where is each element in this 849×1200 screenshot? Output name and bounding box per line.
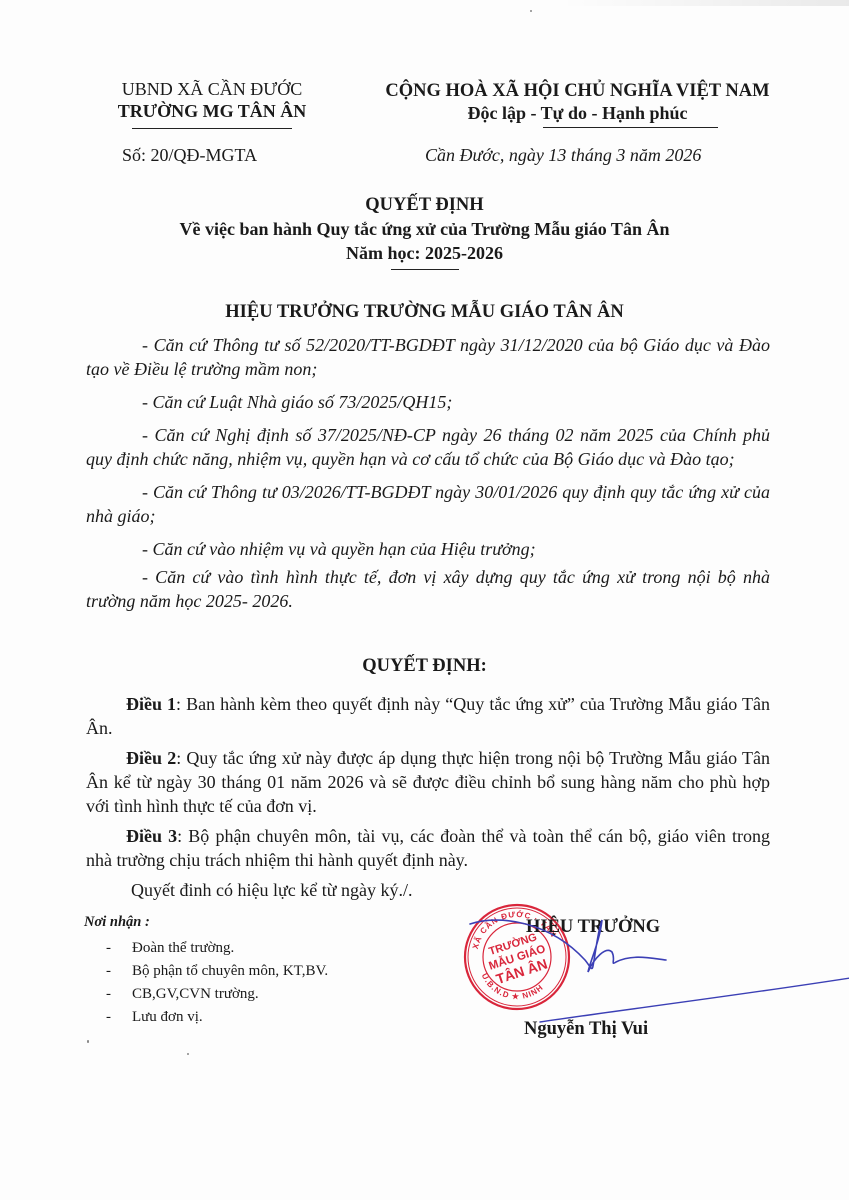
national-header-block: CỘNG HOÀ XÃ HỘI CHỦ NGHĨA VIỆT NAM Độc l… bbox=[365, 80, 790, 128]
signer-role: HIỆU TRƯỞNG bbox=[526, 917, 660, 938]
legal-basis-item: - Căn cứ Luật Nhà giáo số 73/2025/QH15; bbox=[86, 390, 770, 414]
signer-name: Nguyễn Thị Vui bbox=[524, 1019, 648, 1040]
header-left-divider bbox=[132, 128, 292, 129]
document-type-heading: QUYẾT ĐỊNH bbox=[0, 193, 849, 217]
article-3: Điều 3: Bộ phận chuyên môn, tài vụ, các … bbox=[86, 824, 770, 872]
article-2: Điều 2: Quy tắc ứng xử này được áp dụng … bbox=[86, 746, 770, 818]
bullet-dash: - bbox=[106, 937, 111, 960]
recipient-item: -Lưu đơn vị. bbox=[84, 1006, 414, 1029]
article-text: : Quy tắc ứng xử này được áp dụng thực h… bbox=[86, 748, 770, 816]
scan-speck bbox=[187, 1053, 189, 1055]
legal-basis-list: - Căn cứ Thông tư số 52/2020/TT-BGDĐT ng… bbox=[86, 333, 770, 622]
article-1: Điều 1: Ban hành kèm theo quyết định này… bbox=[86, 692, 770, 740]
recipient-item: -CB,GV,CVN trường. bbox=[84, 983, 414, 1006]
decision-heading: QUYẾT ĐỊNH: bbox=[0, 656, 849, 677]
scan-speck bbox=[530, 10, 532, 12]
recipient-text: Bộ phận tổ chuyên môn, KT,BV. bbox=[132, 963, 328, 979]
article-label: Điều 2 bbox=[126, 748, 176, 768]
article-text: : Bộ phận chuyên môn, tài vụ, các đoàn t… bbox=[86, 826, 770, 870]
recipient-text: Lưu đơn vị. bbox=[132, 1009, 203, 1025]
recipient-text: CB,GV,CVN trường. bbox=[132, 986, 259, 1002]
articles-list: Điều 1: Ban hành kèm theo quyết định này… bbox=[86, 692, 770, 908]
legal-basis-item: - Căn cứ Thông tư 03/2026/TT-BGDĐT ngày … bbox=[86, 480, 770, 528]
bullet-dash: - bbox=[106, 960, 111, 983]
recipients-block: Nơi nhận : -Đoàn thể trường. -Bộ phận tổ… bbox=[84, 914, 414, 1029]
bullet-dash: - bbox=[106, 983, 111, 1006]
article-text: : Ban hành kèm theo quyết định này “Quy … bbox=[86, 694, 770, 738]
recipients-heading: Nơi nhận : bbox=[84, 914, 414, 931]
document-page: UBND XÃ CẦN ĐƯỚC TRƯỜNG MG TÂN ÂN Số: 20… bbox=[0, 0, 849, 1200]
effective-statement: Quyết đinh có hiệu lực kể từ ngày ký./. bbox=[86, 878, 770, 902]
school-year: Năm học: 2025-2026 bbox=[0, 241, 849, 265]
scan-edge-shadow bbox=[560, 0, 849, 6]
document-title-block: QUYẾT ĐỊNH Về việc ban hành Quy tắc ứng … bbox=[0, 193, 849, 270]
legal-basis-item: - Căn cứ Thông tư số 52/2020/TT-BGDĐT ng… bbox=[86, 333, 770, 381]
article-label: Điều 1 bbox=[126, 694, 176, 714]
header-right-divider bbox=[543, 127, 718, 128]
document-number: Số: 20/QĐ-MGTA bbox=[122, 145, 257, 166]
recipients-list: -Đoàn thể trường. -Bộ phận tổ chuyên môn… bbox=[84, 937, 414, 1029]
legal-basis-item: - Căn cứ vào nhiệm vụ và quyền hạn của H… bbox=[86, 537, 770, 561]
issuing-authority-heading: HIỆU TRƯỞNG TRƯỜNG MẪU GIÁO TÂN ÂN bbox=[0, 302, 849, 323]
issuing-authority-block: UBND XÃ CẦN ĐƯỚC TRƯỜNG MG TÂN ÂN bbox=[92, 78, 332, 129]
scan-speck bbox=[87, 1040, 89, 1043]
national-title: CỘNG HOÀ XÃ HỘI CHỦ NGHĨA VIỆT NAM bbox=[365, 80, 790, 102]
legal-basis-item: - Căn cứ Nghị định số 37/2025/NĐ-CP ngày… bbox=[86, 423, 770, 471]
bullet-dash: - bbox=[106, 1006, 111, 1029]
article-label: Điều 3 bbox=[126, 826, 177, 846]
national-motto: Độc lập - Tự do - Hạnh phúc bbox=[365, 102, 790, 124]
document-subject: Về việc ban hành Quy tắc ứng xử của Trườ… bbox=[0, 217, 849, 241]
title-divider bbox=[391, 269, 459, 270]
parent-organization: UBND XÃ CẦN ĐƯỚC bbox=[92, 78, 332, 100]
school-name: TRƯỜNG MG TÂN ÂN bbox=[92, 100, 332, 122]
legal-basis-item: - Căn cứ vào tình hình thực tế, đơn vị x… bbox=[86, 565, 770, 613]
place-and-date: Cần Đước, ngày 13 tháng 3 năm 2026 bbox=[425, 145, 701, 166]
recipient-item: -Đoàn thể trường. bbox=[84, 937, 414, 960]
recipient-text: Đoàn thể trường. bbox=[132, 940, 234, 956]
recipient-item: -Bộ phận tổ chuyên môn, KT,BV. bbox=[84, 960, 414, 983]
